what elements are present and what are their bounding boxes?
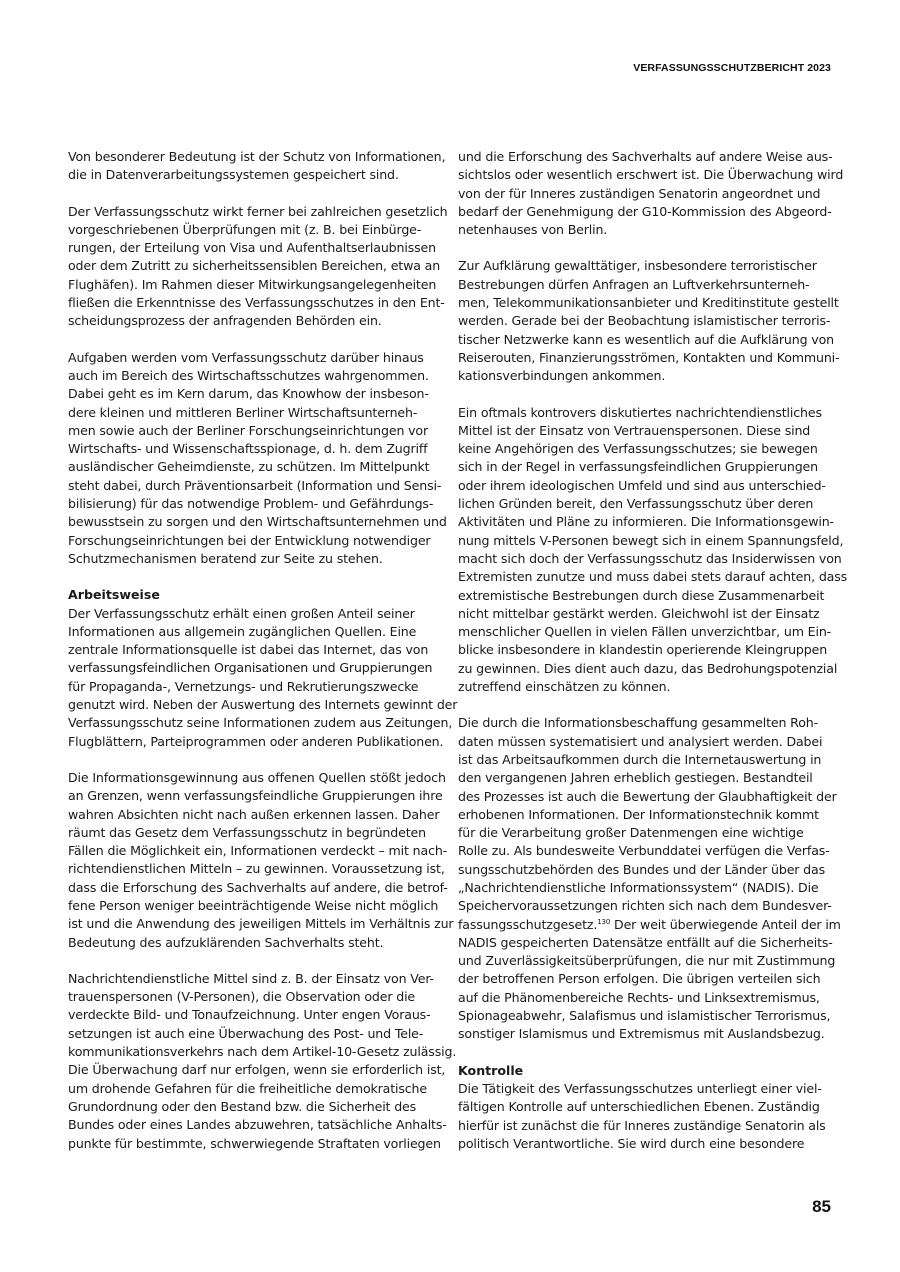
text-line: setzungen ist auch eine Überwachung des … xyxy=(68,1025,450,1043)
text-line: an Grenzen, wenn verfassungsfeindliche G… xyxy=(68,787,450,805)
text-line: sonstiger Islamismus und Extremismus mit… xyxy=(458,1025,840,1043)
text-line: Bestrebungen dürfen Anfragen an Luftverk… xyxy=(458,276,840,294)
text-line: Grundordnung oder den Bestand bzw. die S… xyxy=(68,1098,450,1116)
text-line: genutzt wird. Neben der Auswertung des I… xyxy=(68,696,450,714)
text-line: sichtslos oder wesentlich erschwert ist.… xyxy=(458,166,840,184)
text-line: zentrale Informationsquelle ist dabei da… xyxy=(68,641,450,659)
text-line: der betroffenen Person erfolgen. Die übr… xyxy=(458,970,840,988)
text-line: Extremisten zunutze und muss dabei stets… xyxy=(458,568,840,586)
text-line: Die Informationsgewinnung aus offenen Qu… xyxy=(68,769,450,787)
text-line: politisch Verantwortliche. Sie wird durc… xyxy=(458,1135,840,1153)
text-line: sich in der Regel in verfassungsfeindlic… xyxy=(458,458,840,476)
section-kontrolle: Kontrolle Die Tätigkeit des Verfassungss… xyxy=(458,1062,840,1153)
text-line: des Prozesses ist auch die Bewertung der… xyxy=(458,788,840,806)
text-line: Bedeutung des aufzuklärenden Sachverhalt… xyxy=(68,934,450,952)
text-line: Die Tätigkeit des Verfassungsschutzes un… xyxy=(458,1080,840,1098)
left-column: Von besonderer Bedeutung ist der Schutz … xyxy=(68,148,450,1171)
text-line: steht dabei, durch Präventionsarbeit (In… xyxy=(68,477,450,495)
text-line: Mittel ist der Einsatz von Vertrauensper… xyxy=(458,422,840,440)
text-line: netenhauses von Berlin. xyxy=(458,221,840,239)
text-line: keine Angehörigen des Verfassungsschutze… xyxy=(458,440,840,458)
section-heading: Arbeitsweise xyxy=(68,586,450,604)
text-line: ist und die Anwendung des jeweiligen Mit… xyxy=(68,915,450,933)
text-line: Ein oftmals kontrovers diskutiertes nach… xyxy=(458,404,840,422)
text-line: Die durch die Informationsbeschaffung ge… xyxy=(458,714,840,732)
text-line: Rolle zu. Als bundesweite Verbunddatei v… xyxy=(458,842,840,860)
page-number: 85 xyxy=(812,1197,831,1217)
running-header: VERFASSUNGSSCHUTZBERICHT 2023 xyxy=(633,62,831,74)
paragraph-body: Die Tätigkeit des Verfassungsschutzes un… xyxy=(458,1080,840,1153)
paragraph: Aufgaben werden vom Verfassungsschutz da… xyxy=(68,349,450,569)
text-line: „Nachrichtendienstliche Informationssyst… xyxy=(458,879,840,897)
text-line: punkte für bestimmte, schwerwiegende Str… xyxy=(68,1135,450,1153)
text-line: vorgeschriebenen Überprüfungen mit (z. B… xyxy=(68,221,450,239)
footnote-reference[interactable]: 130 xyxy=(597,918,610,926)
section-heading: Kontrolle xyxy=(458,1062,840,1080)
text-line: richtendienstlichen Mitteln – zu gewinne… xyxy=(68,860,450,878)
paragraph: Die Informationsgewinnung aus offenen Qu… xyxy=(68,769,450,952)
text-fragment: fassungsschutzgesetz. xyxy=(458,917,597,932)
text-line: rungen, der Erteilung von Visa und Aufen… xyxy=(68,239,450,257)
text-line: und die Erforschung des Sachverhalts auf… xyxy=(458,148,840,166)
text-line: zutreffend einschätzen zu können. xyxy=(458,678,840,696)
text-line: ausländischer Geheimdienste, zu schützen… xyxy=(68,458,450,476)
text-line: Flugblättern, Parteiprogrammen oder ande… xyxy=(68,733,450,751)
text-line: Die Überwachung darf nur erfolgen, wenn … xyxy=(68,1061,450,1079)
text-line: Spionageabwehr, Salafismus und islamisti… xyxy=(458,1007,840,1025)
text-line: von der für Inneres zuständigen Senatori… xyxy=(458,185,840,203)
text-line: daten müssen systematisiert und analysie… xyxy=(458,733,840,751)
text-line: räumt das Gesetz dem Verfassungsschutz i… xyxy=(68,824,450,842)
text-line: und Zuverlässigkeitsüberprüfungen, die n… xyxy=(458,952,840,970)
text-line: NADIS gespeicherten Datensätze entfällt … xyxy=(458,934,840,952)
text-line: dere kleinen und mittleren Berliner Wirt… xyxy=(68,404,450,422)
text-line: werden. Gerade bei der Beobachtung islam… xyxy=(458,312,840,330)
text-line: Dabei geht es im Kern darum, das Knowhow… xyxy=(68,385,450,403)
paragraph: Zur Aufklärung gewalttätiger, insbesonde… xyxy=(458,257,840,385)
text-line: fältigen Kontrolle auf unterschiedlichen… xyxy=(458,1098,840,1116)
text-line: Wirtschafts- und Wissenschaftsspionage, … xyxy=(68,440,450,458)
text-line: ist das Arbeitsaufkommen durch die Inter… xyxy=(458,751,840,769)
paragraph-body: Der Verfassungsschutz erhält einen große… xyxy=(68,605,450,751)
text-line: zu gewinnen. Dies dient auch dazu, das B… xyxy=(458,660,840,678)
text-line: wahren Absichten nicht nach außen erkenn… xyxy=(68,806,450,824)
text-line: Der Verfassungsschutz erhält einen große… xyxy=(68,605,450,623)
text-line: Von besonderer Bedeutung ist der Schutz … xyxy=(68,148,450,166)
paragraph-body: NADIS gespeicherten Datensätze entfällt … xyxy=(458,934,840,1044)
text-line: Der Verfassungsschutz wirkt ferner bei z… xyxy=(68,203,450,221)
text-line: Reiserouten, Finanzierungsströmen, Konta… xyxy=(458,349,840,367)
text-line: für Propaganda-, Vernetzungs- und Rekrut… xyxy=(68,678,450,696)
text-fragment: Der weit überwiegende Anteil der im xyxy=(610,917,841,932)
text-line: sungsschutzbehörden des Bundes und der L… xyxy=(458,861,840,879)
text-line: auf die Phänomenbereiche Rechts- und Lin… xyxy=(458,989,840,1007)
text-line: auch im Bereich des Wirtschaftsschutzes … xyxy=(68,367,450,385)
text-line: extremistische Bestrebungen durch diese … xyxy=(458,587,840,605)
text-line: dass die Erforschung des Sachverhalts au… xyxy=(68,879,450,897)
text-line: bilisierung) für das notwendige Problem-… xyxy=(68,495,450,513)
text-line: verdeckte Bild- und Tonaufzeichnung. Unt… xyxy=(68,1006,450,1024)
text-line: die in Datenverarbeitungssystemen gespei… xyxy=(68,166,450,184)
paragraph: Ein oftmals kontrovers diskutiertes nach… xyxy=(458,404,840,697)
text-line: Aktivitäten und Pläne zu informieren. Di… xyxy=(458,513,840,531)
paragraph-body: Die durch die Informationsbeschaffung ge… xyxy=(458,714,840,915)
text-line: men sowie auch der Berliner Forschungsei… xyxy=(68,422,450,440)
text-line: Flughäfen). Im Rahmen dieser Mitwirkungs… xyxy=(68,276,450,294)
text-line: tischer Netzwerke kann es wesentlich auf… xyxy=(458,331,840,349)
text-line: Schutzmechanismen beratend zur Seite zu … xyxy=(68,550,450,568)
text-line: scheidungsprozess der anfragenden Behörd… xyxy=(68,312,450,330)
text-line: blicke insbesondere in klandestin operie… xyxy=(458,641,840,659)
text-line: macht sich doch der Verfassungsschutz da… xyxy=(458,550,840,568)
text-line: trauenspersonen (V-Personen), die Observ… xyxy=(68,988,450,1006)
text-line: oder ihrem ideologischen Umfeld und sind… xyxy=(458,477,840,495)
paragraph: Der Verfassungsschutz wirkt ferner bei z… xyxy=(68,203,450,331)
text-line: Bundes oder eines Landes abzuwehren, tat… xyxy=(68,1116,450,1134)
paragraph: und die Erforschung des Sachverhalts auf… xyxy=(458,148,840,239)
text-line: für die Verarbeitung großer Datenmengen … xyxy=(458,824,840,842)
paragraph: Nachrichtendienstliche Mittel sind z. B.… xyxy=(68,970,450,1153)
text-line: fließen die Erkenntnisse des Verfassungs… xyxy=(68,294,450,312)
text-line: Aufgaben werden vom Verfassungsschutz da… xyxy=(68,349,450,367)
text-line: kommunikationsverkehrs nach dem Artikel-… xyxy=(68,1043,450,1061)
text-line: Fällen die Möglichkeit ein, Informatione… xyxy=(68,842,450,860)
text-line: Nachrichtendienstliche Mittel sind z. B.… xyxy=(68,970,450,988)
paragraph: Von besonderer Bedeutung ist der Schutz … xyxy=(68,148,450,185)
text-line: Informationen aus allgemein zugänglichen… xyxy=(68,623,450,641)
text-line: fene Person weniger beeinträchtigende We… xyxy=(68,897,450,915)
text-line: bewusstsein zu sorgen und den Wirtschaft… xyxy=(68,513,450,531)
text-line: menschlicher Quellen in vielen Fällen un… xyxy=(458,623,840,641)
right-column: und die Erforschung des Sachverhalts auf… xyxy=(458,148,840,1171)
text-line: erhobenen Informationen. Der Information… xyxy=(458,806,840,824)
text-line: um drohende Gefahren für die freiheitlic… xyxy=(68,1080,450,1098)
text-line: lichen Gründen bereit, den Verfassungssc… xyxy=(458,495,840,513)
text-line: nicht mittelbar gestärkt werden. Gleichw… xyxy=(458,605,840,623)
text-line: Speichervoraussetzungen richten sich nac… xyxy=(458,897,840,915)
text-line: verfassungsfeindlichen Organisationen un… xyxy=(68,659,450,677)
text-line: hierfür ist zunächst die für Inneres zus… xyxy=(458,1117,840,1135)
text-line: den vergangenen Jahren erheblich gestieg… xyxy=(458,769,840,787)
text-line: Forschungseinrichtungen bei der Entwickl… xyxy=(68,532,450,550)
text-line: bedarf der Genehmigung der G10-Kommissio… xyxy=(458,203,840,221)
paragraph-nadis: Die durch die Informationsbeschaffung ge… xyxy=(458,714,840,1043)
text-line: fassungsschutzgesetz.130 Der weit überwi… xyxy=(458,916,840,934)
text-line: Zur Aufklärung gewalttätiger, insbesonde… xyxy=(458,257,840,275)
section-arbeitsweise: Arbeitsweise Der Verfassungsschutz erhäl… xyxy=(68,586,450,751)
text-line: oder dem Zutritt zu sicherheitssensiblen… xyxy=(68,257,450,275)
text-line: men, Telekommunikationsanbieter und Kred… xyxy=(458,294,840,312)
text-line: kationsverbindungen ankommen. xyxy=(458,367,840,385)
text-line: Verfassungsschutz seine Informationen zu… xyxy=(68,714,450,732)
text-line: nung mittels V-Personen bewegt sich in e… xyxy=(458,532,840,550)
